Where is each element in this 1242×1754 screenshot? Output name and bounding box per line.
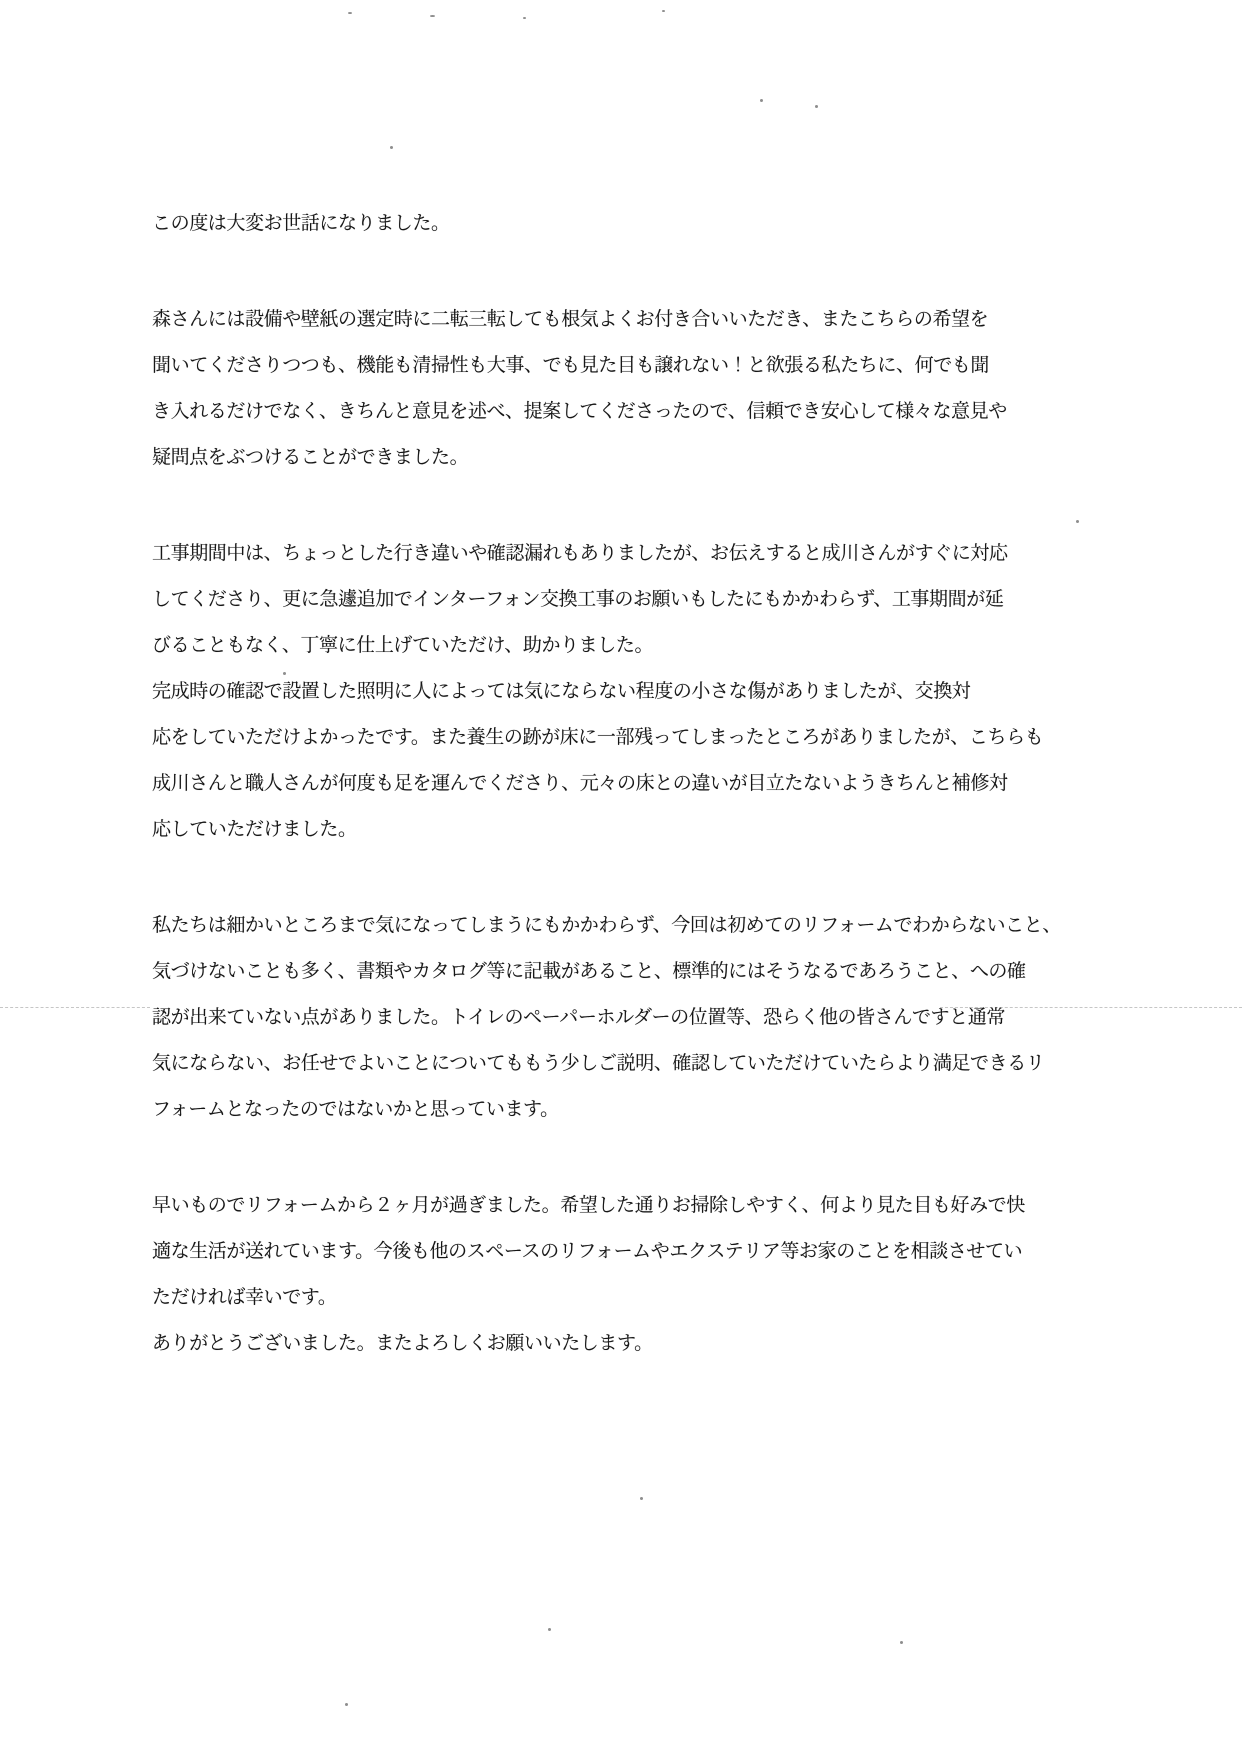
letter-body: この度は大変お世話になりました。 森さんには設備や壁紙の選定時に二転三転しても根… bbox=[152, 200, 1112, 1416]
letter-paragraph-selection-phase: 森さんには設備や壁紙の選定時に二転三転しても根気よくお付き合いいただき、またこち… bbox=[152, 296, 1112, 480]
scan-speck bbox=[345, 1703, 348, 1706]
scan-speck bbox=[348, 12, 352, 14]
letter-line: き入れるだけでなく、きちんと意見を述べ、提案してくださったので、信頼でき安心して… bbox=[152, 388, 1112, 434]
letter-line: ありがとうございました。またよろしくお願いいたします。 bbox=[152, 1320, 1112, 1366]
letter-line: びることもなく、丁寧に仕上げていただけ、助かりました。 bbox=[152, 622, 1112, 668]
letter-line: 適な生活が送れています。今後も他のスペースのリフォームやエクステリア等お家のこと… bbox=[152, 1228, 1112, 1274]
scan-speck bbox=[640, 1497, 643, 1500]
letter-line: 早いものでリフォームから２ヶ月が過ぎました。希望した通りお掃除しやすく、何より見… bbox=[152, 1182, 1112, 1228]
letter-line: 応していただけました。 bbox=[152, 806, 1112, 852]
letter-line: 聞いてくださりつつも、機能も清掃性も大事、でも見た目も譲れない！と欲張る私たちに… bbox=[152, 342, 1112, 388]
scan-speck bbox=[548, 1628, 551, 1631]
letter-line: 応をしていただけよかったです。また養生の跡が床に一部残ってしまったところがありま… bbox=[152, 714, 1112, 760]
scan-speck bbox=[390, 146, 393, 149]
scan-speck bbox=[523, 17, 526, 19]
letter-line: 疑問点をぶつけることができました。 bbox=[152, 434, 1112, 480]
letter-line: 気にならない、お任せでよいことについてももう少しご説明、確認していただけていたら… bbox=[152, 1040, 1112, 1086]
letter-paragraph-feedback: 私たちは細かいところまで気になってしまうにもかかわらず、今回は初めてのリフォーム… bbox=[152, 902, 1112, 1132]
letter-line: ただければ幸いです。 bbox=[152, 1274, 1112, 1320]
letter-line: 工事期間中は、ちょっとした行き違いや確認漏れもありましたが、お伝えすると成川さん… bbox=[152, 530, 1112, 576]
letter-line: 森さんには設備や壁紙の選定時に二転三転しても根気よくお付き合いいただき、またこち… bbox=[152, 296, 1112, 342]
scan-speck bbox=[430, 15, 435, 17]
letter-line: この度は大変お世話になりました。 bbox=[152, 200, 1112, 246]
letter-line: 私たちは細かいところまで気になってしまうにもかかわらず、今回は初めてのリフォーム… bbox=[152, 902, 1112, 948]
letter-line: 成川さんと職人さんが何度も足を運んでくださり、元々の床との違いが目立たないようき… bbox=[152, 760, 1112, 806]
letter-paragraph-closing: 早いものでリフォームから２ヶ月が過ぎました。希望した通りお掃除しやすく、何より見… bbox=[152, 1182, 1112, 1366]
letter-line: 完成時の確認で設置した照明に人によっては気にならない程度の小さな傷がありましたが… bbox=[152, 668, 1112, 714]
letter-line: フォームとなったのではないかと思っています。 bbox=[152, 1086, 1112, 1132]
letter-line: してくださり、更に急遽追加でインターフォン交換工事のお願いもしたにもかかわらず、… bbox=[152, 576, 1112, 622]
scan-speck bbox=[815, 105, 818, 108]
letter-paragraph-construction-period: 工事期間中は、ちょっとした行き違いや確認漏れもありましたが、お伝えすると成川さん… bbox=[152, 530, 1112, 852]
scan-artifact-line bbox=[0, 1007, 150, 1008]
scan-speck bbox=[760, 99, 763, 102]
scanned-letter-page: この度は大変お世話になりました。 森さんには設備や壁紙の選定時に二転三転しても根… bbox=[0, 0, 1242, 1754]
scan-speck bbox=[662, 10, 665, 12]
letter-line: 認が出来ていない点がありました。トイレのペーパーホルダーの位置等、恐らく他の皆さ… bbox=[152, 994, 1112, 1040]
letter-paragraph-greeting: この度は大変お世話になりました。 bbox=[152, 200, 1112, 246]
scan-speck bbox=[900, 1641, 903, 1644]
letter-line: 気づけないことも多く、書類やカタログ等に記載があること、標準的にはそうなるであろ… bbox=[152, 948, 1112, 994]
